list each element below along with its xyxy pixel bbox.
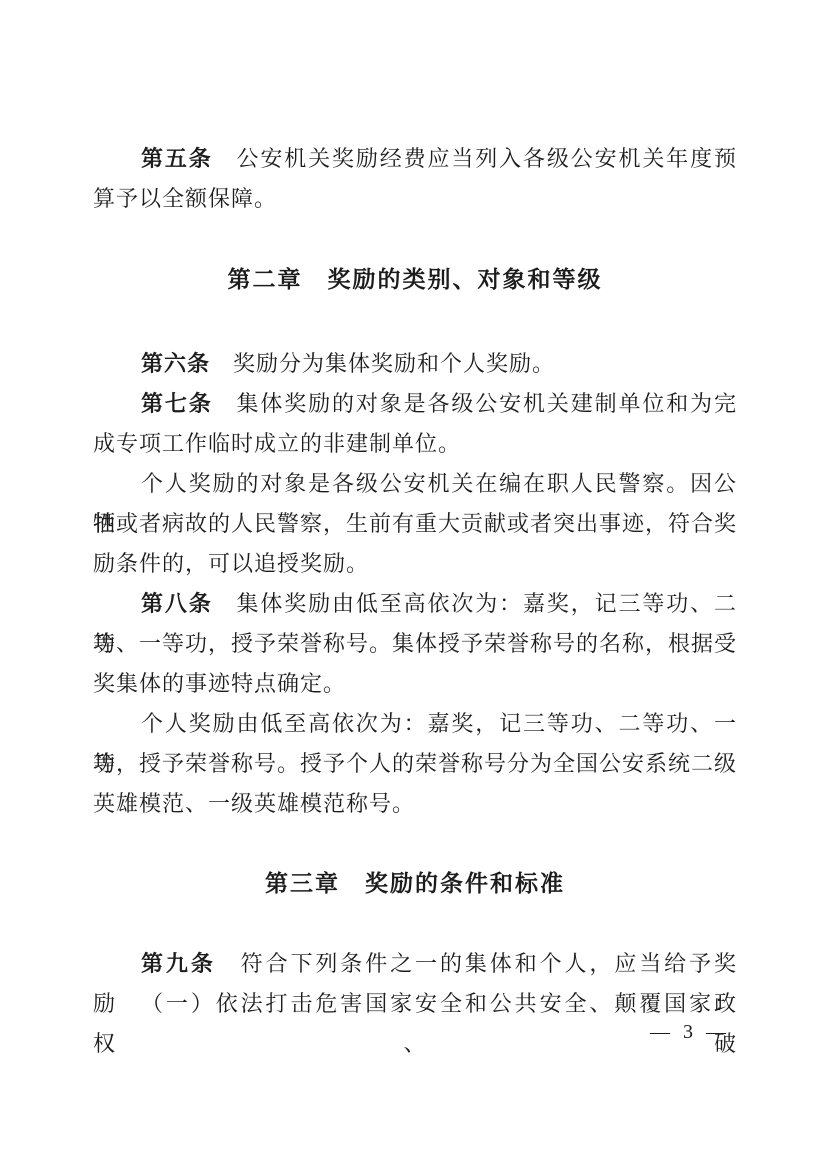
article-8-line-2: 功、一等功，授予荣誉称号。集体授予荣誉称号的名称，根据受 — [93, 624, 737, 664]
article-7-para-2-line-2: 牲或者病故的人民警察，生前有重大贡献或者突出事迹，符合奖 — [93, 504, 737, 544]
chapter-2-heading: 第二章 奖励的类别、对象和等级 — [93, 259, 737, 299]
document-page: 第五条 公安机关奖励经费应当列入各级公安机关年度预 算予以全额保障。 第二章 奖… — [0, 0, 826, 1169]
document-body: 第五条 公安机关奖励经费应当列入各级公安机关年度预 算予以全额保障。 第二章 奖… — [93, 139, 737, 1024]
article-7-line-2: 成专项工作临时成立的非建制单位。 — [93, 424, 737, 464]
article-6-number: 第六条 — [141, 351, 210, 376]
article-8-line-3: 奖集体的事迹特点确定。 — [93, 664, 737, 704]
article-5-number: 第五条 — [141, 146, 213, 171]
article-5-line-2: 算予以全额保障。 — [93, 179, 737, 219]
article-7-para-2-line-1: 个人奖励的对象是各级公安机关在编在职人民警察。因公牺 — [93, 464, 737, 504]
article-6-line-1: 第六条 奖励分为集体奖励和个人奖励。 — [93, 344, 737, 384]
article-8-para-2-line-1: 个人奖励由低至高依次为：嘉奖，记三等功、二等功、一等 — [93, 704, 737, 744]
article-7-para-2-line-3: 励条件的，可以追授奖励。 — [93, 544, 737, 584]
article-9-item-1-line-1: （一）依法打击危害国家安全和公共安全、颠覆国家政权、破 — [93, 984, 737, 1024]
chapter-3-heading: 第三章 奖励的条件和标准 — [93, 863, 737, 903]
article-7-text: 集体奖励的对象是各级公安机关建制单位和为完 — [213, 391, 737, 416]
page-number: — 3 — — [650, 1020, 730, 1044]
article-9-number: 第九条 — [141, 951, 216, 976]
article-6-text: 奖励分为集体奖励和个人奖励。 — [210, 351, 555, 376]
article-7-number: 第七条 — [141, 391, 213, 416]
article-5-text: 公安机关奖励经费应当列入各级公安机关年度预 — [213, 146, 737, 171]
article-7-line-1: 第七条 集体奖励的对象是各级公安机关建制单位和为完 — [93, 384, 737, 424]
article-5-line-1: 第五条 公安机关奖励经费应当列入各级公安机关年度预 — [93, 139, 737, 179]
article-9-line-1: 第九条 符合下列条件之一的集体和个人，应当给予奖励： — [93, 944, 737, 984]
article-8-para-2-line-2: 功，授予荣誉称号。授予个人的荣誉称号分为全国公安系统二级 — [93, 744, 737, 784]
article-8-number: 第八条 — [141, 591, 213, 616]
article-8-para-2-line-3: 英雄模范、一级英雄模范称号。 — [93, 784, 737, 824]
article-8-line-1: 第八条 集体奖励由低至高依次为：嘉奖，记三等功、二等 — [93, 584, 737, 624]
